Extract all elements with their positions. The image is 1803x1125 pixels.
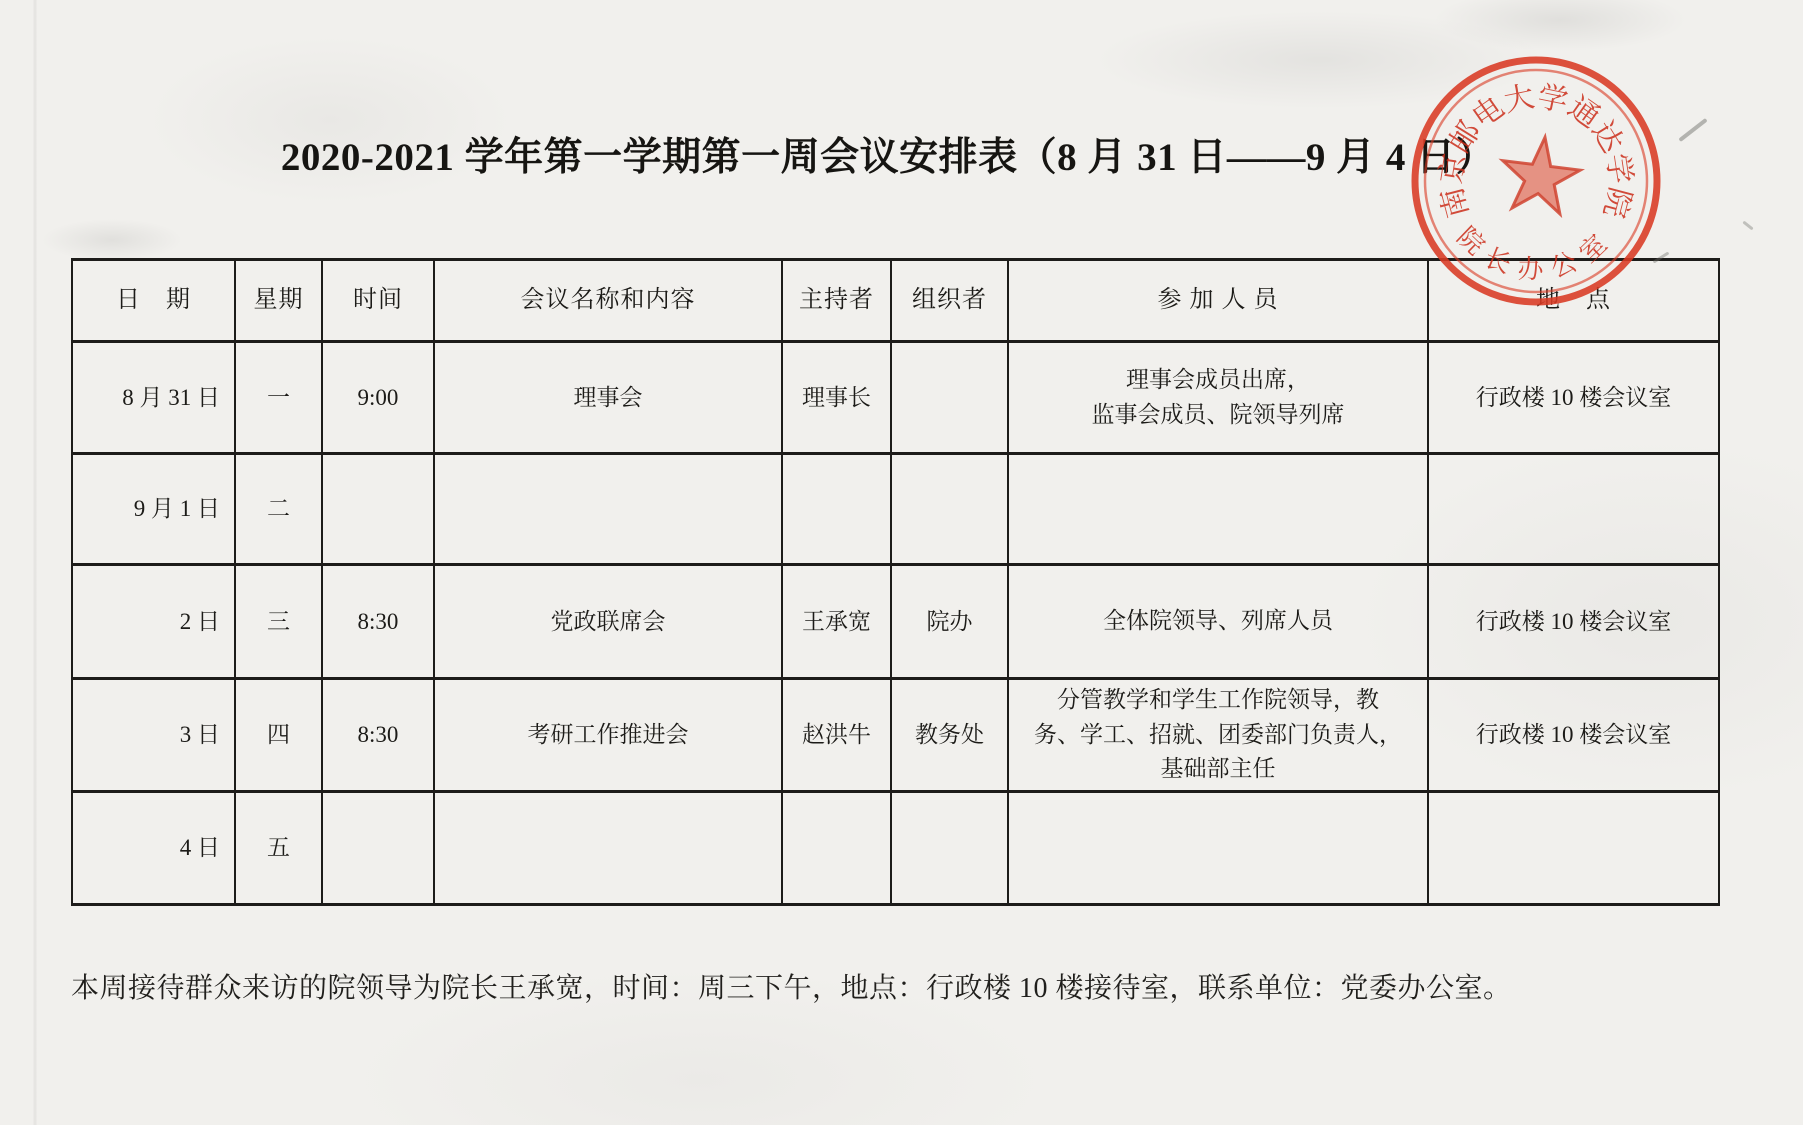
organizer-cell: 院办 bbox=[891, 565, 1008, 679]
date-cell: 9 月 1 日 bbox=[72, 454, 235, 565]
table-row: 2 日 三 8:30 党政联席会 王承宽 院办 全体院领导、列席人员 行政楼 1… bbox=[72, 565, 1719, 679]
participants-cell bbox=[1008, 454, 1428, 565]
table-row: 9 月 1 日 二 bbox=[72, 454, 1719, 565]
header-time: 时间 bbox=[322, 260, 434, 342]
host-cell bbox=[782, 792, 891, 905]
date-cell: 8 月 31 日 bbox=[72, 342, 235, 454]
header-host: 主持者 bbox=[782, 260, 891, 342]
table-row: 3 日 四 8:30 考研工作推进会 赵洪牛 教务处 分管教学和学生工作院领导，… bbox=[72, 679, 1719, 792]
header-date: 日 期 bbox=[72, 260, 235, 342]
meeting-cell bbox=[434, 454, 782, 565]
header-meeting-name: 会议名称和内容 bbox=[434, 260, 782, 342]
scanned-meeting-schedule-document: 2020-2021 学年第一学期第一周会议安排表（8 月 31 日——9 月 4… bbox=[0, 0, 1803, 1125]
time-cell: 8:30 bbox=[322, 565, 434, 679]
time-cell bbox=[322, 792, 434, 905]
participants-cell: 理事会成员出席， 监事会成员、院领导列席 bbox=[1008, 342, 1428, 454]
location-cell: 行政楼 10 楼会议室 bbox=[1428, 679, 1719, 792]
meeting-cell: 党政联席会 bbox=[434, 565, 782, 679]
meeting-cell: 理事会 bbox=[434, 342, 782, 454]
host-cell: 理事长 bbox=[782, 342, 891, 454]
header-weekday: 星期 bbox=[235, 260, 322, 342]
date-cell: 3 日 bbox=[72, 679, 235, 792]
official-seal: 南京邮电大学通达学院 院长办公室 bbox=[1396, 41, 1676, 321]
pencil-scan-mark bbox=[1742, 221, 1753, 231]
weekday-cell: 一 bbox=[235, 342, 322, 454]
date-cell: 4 日 bbox=[72, 792, 235, 905]
meeting-cell bbox=[434, 792, 782, 905]
organizer-cell bbox=[891, 792, 1008, 905]
seal-ring-text: 南京邮电大学通达学院 bbox=[1435, 80, 1637, 221]
time-cell bbox=[322, 454, 434, 565]
organizer-cell: 教务处 bbox=[891, 679, 1008, 792]
header-participants: 参 加 人 员 bbox=[1008, 260, 1428, 342]
meeting-schedule-table: 日 期 星期 时间 会议名称和内容 主持者 组织者 参 加 人 员 地 点 8 … bbox=[71, 258, 1720, 906]
table-row: 4 日 五 bbox=[72, 792, 1719, 905]
organizer-cell bbox=[891, 454, 1008, 565]
time-cell: 8:30 bbox=[322, 679, 434, 792]
reception-footer-note: 本周接待群众来访的院领导为院长王承宽，时间：周三下午，地点：行政楼 10 楼接待… bbox=[71, 966, 1671, 1006]
location-cell bbox=[1428, 792, 1719, 905]
date-cell: 2 日 bbox=[72, 565, 235, 679]
star-icon bbox=[1497, 133, 1583, 216]
host-cell bbox=[782, 454, 891, 565]
participants-cell: 分管教学和学生工作院领导，教 务、学工、招就、团委部门负责人， 基础部主任 bbox=[1008, 679, 1428, 792]
participants-cell bbox=[1008, 792, 1428, 905]
location-cell: 行政楼 10 楼会议室 bbox=[1428, 565, 1719, 679]
weekday-cell: 四 bbox=[235, 679, 322, 792]
location-cell: 行政楼 10 楼会议室 bbox=[1428, 342, 1719, 454]
header-organizer: 组织者 bbox=[891, 260, 1008, 342]
time-cell: 9:00 bbox=[322, 342, 434, 454]
weekday-cell: 三 bbox=[235, 565, 322, 679]
weekday-cell: 二 bbox=[235, 454, 322, 565]
meeting-cell: 考研工作推进会 bbox=[434, 679, 782, 792]
host-cell: 王承宽 bbox=[782, 565, 891, 679]
participants-cell: 全体院领导、列席人员 bbox=[1008, 565, 1428, 679]
seal-university-arc-text: 南京邮电大学通达学院 bbox=[1435, 80, 1637, 221]
weekday-cell: 五 bbox=[235, 792, 322, 905]
host-cell: 赵洪牛 bbox=[782, 679, 891, 792]
organizer-cell bbox=[891, 342, 1008, 454]
table-row: 8 月 31 日 一 9:00 理事会 理事长 理事会成员出席， 监事会成员、院… bbox=[72, 342, 1719, 454]
location-cell bbox=[1428, 454, 1719, 565]
